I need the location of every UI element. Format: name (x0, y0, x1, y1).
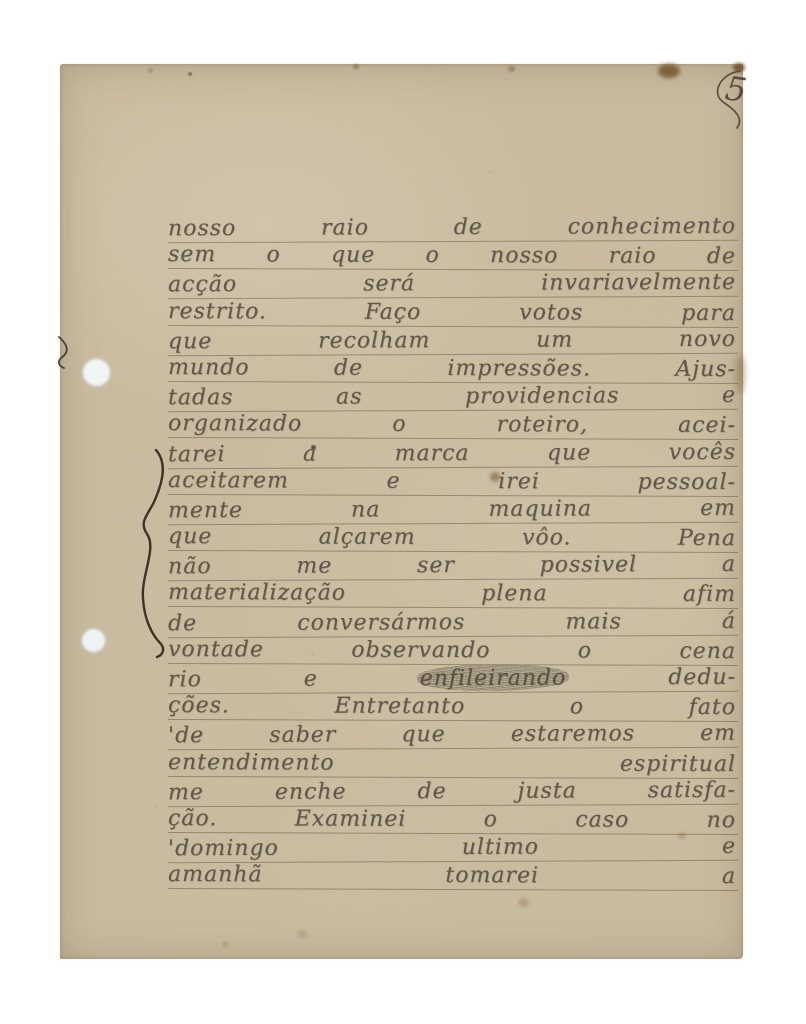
word: de (417, 779, 446, 805)
word: a (722, 864, 736, 890)
word: conhecimento (568, 214, 737, 241)
word: roteiro, (497, 413, 589, 439)
word: em (700, 496, 736, 522)
word: me (296, 554, 332, 580)
word: irei (498, 469, 540, 495)
manuscript-line: aceitaremeireipessoal- (168, 467, 738, 497)
manuscript-line: materializaçãoplenaafim (168, 579, 738, 609)
word: o (426, 243, 440, 269)
word: ser (417, 553, 455, 579)
manuscript-line: acçãoseráinvariavelmente (168, 269, 738, 300)
word: justa (517, 778, 576, 804)
stain (518, 898, 529, 907)
word: Ajus- (675, 357, 736, 383)
word: marca (395, 441, 470, 467)
manuscript-line: nãomeserpossivela (168, 551, 738, 582)
word: espiritual (620, 751, 736, 777)
page-number: 5 (723, 68, 749, 110)
manuscript-line: mentenamaquinaem (168, 495, 738, 526)
word: ções. (168, 693, 230, 719)
word: mente (168, 498, 243, 524)
word: as (336, 385, 363, 411)
word: á (722, 609, 736, 635)
manuscript-line: vontadeobservandoocena (168, 636, 738, 666)
word: e (304, 667, 318, 693)
word: invariavelmente (541, 270, 736, 297)
word: maquina (488, 496, 592, 522)
manuscript-line: nossoraiodeconhecimento (168, 213, 738, 244)
manuscript-page: 5 nossoraiodeconhecimentosemoqueonossora… (60, 64, 743, 959)
word: de (334, 356, 363, 382)
word: ultimo (462, 835, 539, 861)
word: na (351, 497, 380, 523)
word: enche (275, 779, 347, 805)
word: fato (689, 695, 736, 721)
word: e (722, 834, 736, 860)
word: cena (679, 639, 736, 665)
manuscript-text: nossoraiodeconhecimentosemoqueonossoraio… (168, 214, 738, 891)
word: novo (679, 327, 736, 353)
manuscript-line: ções.Entretantoofato (168, 692, 738, 722)
manuscript-line: rioeenfileirandodedu- (168, 664, 738, 695)
word: vocês (669, 439, 736, 465)
word: o (484, 807, 498, 833)
word: nosso (168, 216, 236, 242)
word: um (536, 327, 573, 353)
word: restrito. (168, 299, 267, 325)
word: plena (481, 582, 548, 608)
manuscript-line: restrito.Façovotospara (168, 298, 738, 328)
manuscript-line: semoqueonossoraiode (168, 241, 738, 271)
word: para (681, 301, 736, 327)
word: a (722, 552, 736, 578)
word: a (303, 441, 317, 467)
word: o (266, 243, 280, 269)
manuscript-line: 'desaberqueestaremosem (168, 720, 738, 751)
word: que (401, 723, 445, 749)
word: e (722, 383, 736, 409)
word: 'de (168, 724, 204, 750)
word: aceitarem (168, 468, 289, 494)
word: que (168, 524, 212, 550)
punch-hole-bottom (82, 629, 105, 652)
manuscript-line: 'domingoultimoe (168, 833, 738, 864)
manuscript-line: querecolhamumnovo (168, 326, 738, 357)
word: e (386, 469, 400, 495)
stain (298, 930, 307, 938)
word: me (168, 780, 204, 806)
manuscript-line: entendimentoespiritual (168, 749, 738, 779)
word: não (168, 554, 212, 580)
word: vontade (168, 637, 264, 663)
word: será (363, 272, 415, 298)
word: entendimento (168, 750, 335, 777)
stain (508, 66, 515, 72)
word: possivel (540, 553, 638, 579)
manuscript-line: tadasasprovidenciase (168, 382, 738, 413)
word: estaremos (511, 722, 635, 749)
word: saber (269, 723, 336, 749)
word: observando (351, 638, 490, 664)
word: satisfa- (648, 778, 736, 804)
manuscript-line: tareiamarcaquevocês (168, 438, 738, 469)
word: Examinei (295, 807, 407, 833)
word: caso (575, 808, 629, 834)
word: vôo. (522, 525, 572, 551)
word: mais (565, 609, 621, 635)
word: organizado (168, 412, 302, 438)
word: que (547, 440, 591, 466)
word: acção (168, 273, 237, 299)
manuscript-line: mundodeimpressões.Ajus- (168, 354, 738, 384)
word: sem (168, 242, 216, 268)
word: de (707, 244, 736, 270)
word: em (700, 721, 736, 747)
word: de (168, 611, 197, 637)
word: tadas (168, 385, 234, 411)
scribbled-word: enfileirando (420, 666, 567, 693)
word: Pena (678, 526, 736, 552)
punch-hole-top (83, 359, 110, 386)
word: no (707, 808, 737, 834)
word: amanhã (168, 863, 263, 889)
word: Faço (365, 299, 422, 325)
word: nosso (490, 244, 558, 270)
word: acei- (678, 413, 736, 439)
word: materialização (168, 581, 346, 608)
stain (188, 72, 192, 76)
stain (148, 68, 153, 73)
word: tomarei (445, 863, 539, 889)
word: raio (321, 216, 369, 242)
word: providencias (465, 384, 619, 411)
word: tarei (168, 442, 226, 468)
word: dedu- (668, 665, 736, 691)
word: que (168, 329, 212, 355)
edge-tick-mark (57, 335, 75, 371)
word: impressões. (447, 356, 591, 383)
word: votos (519, 300, 583, 326)
word: o (570, 695, 584, 721)
word: Entretanto (334, 694, 465, 720)
manuscript-line: quealçaremvôo.Pena (168, 523, 738, 553)
word: mundo (168, 355, 250, 381)
page-number-mark: 5 (692, 64, 754, 130)
stain (353, 64, 359, 69)
word: recolham (318, 328, 430, 354)
word: ção. (168, 806, 217, 832)
word: afim (683, 582, 736, 608)
word: o (578, 638, 592, 664)
manuscript-line: amanhãtomareia (168, 861, 738, 891)
manuscript-line: deconversármosmaisá (168, 607, 738, 638)
word: rio (168, 667, 202, 693)
word: raio (609, 244, 657, 270)
word: o (392, 412, 406, 438)
stain (222, 941, 229, 948)
word: que (331, 243, 375, 269)
word: de (454, 215, 483, 241)
manuscript-line: meenchedejustasatisfa- (168, 777, 738, 808)
manuscript-line: ção.Examineiocasono (168, 805, 738, 835)
scan-background: 5 nossoraiodeconhecimentosemoqueonossora… (0, 0, 806, 1024)
word: pessoal- (637, 470, 736, 496)
stain (658, 64, 680, 78)
word: conversármos (297, 610, 465, 637)
word: alçarem (319, 525, 416, 551)
manuscript-line: organizadooroteiro,acei- (168, 410, 738, 440)
word: 'domingo (168, 836, 279, 862)
